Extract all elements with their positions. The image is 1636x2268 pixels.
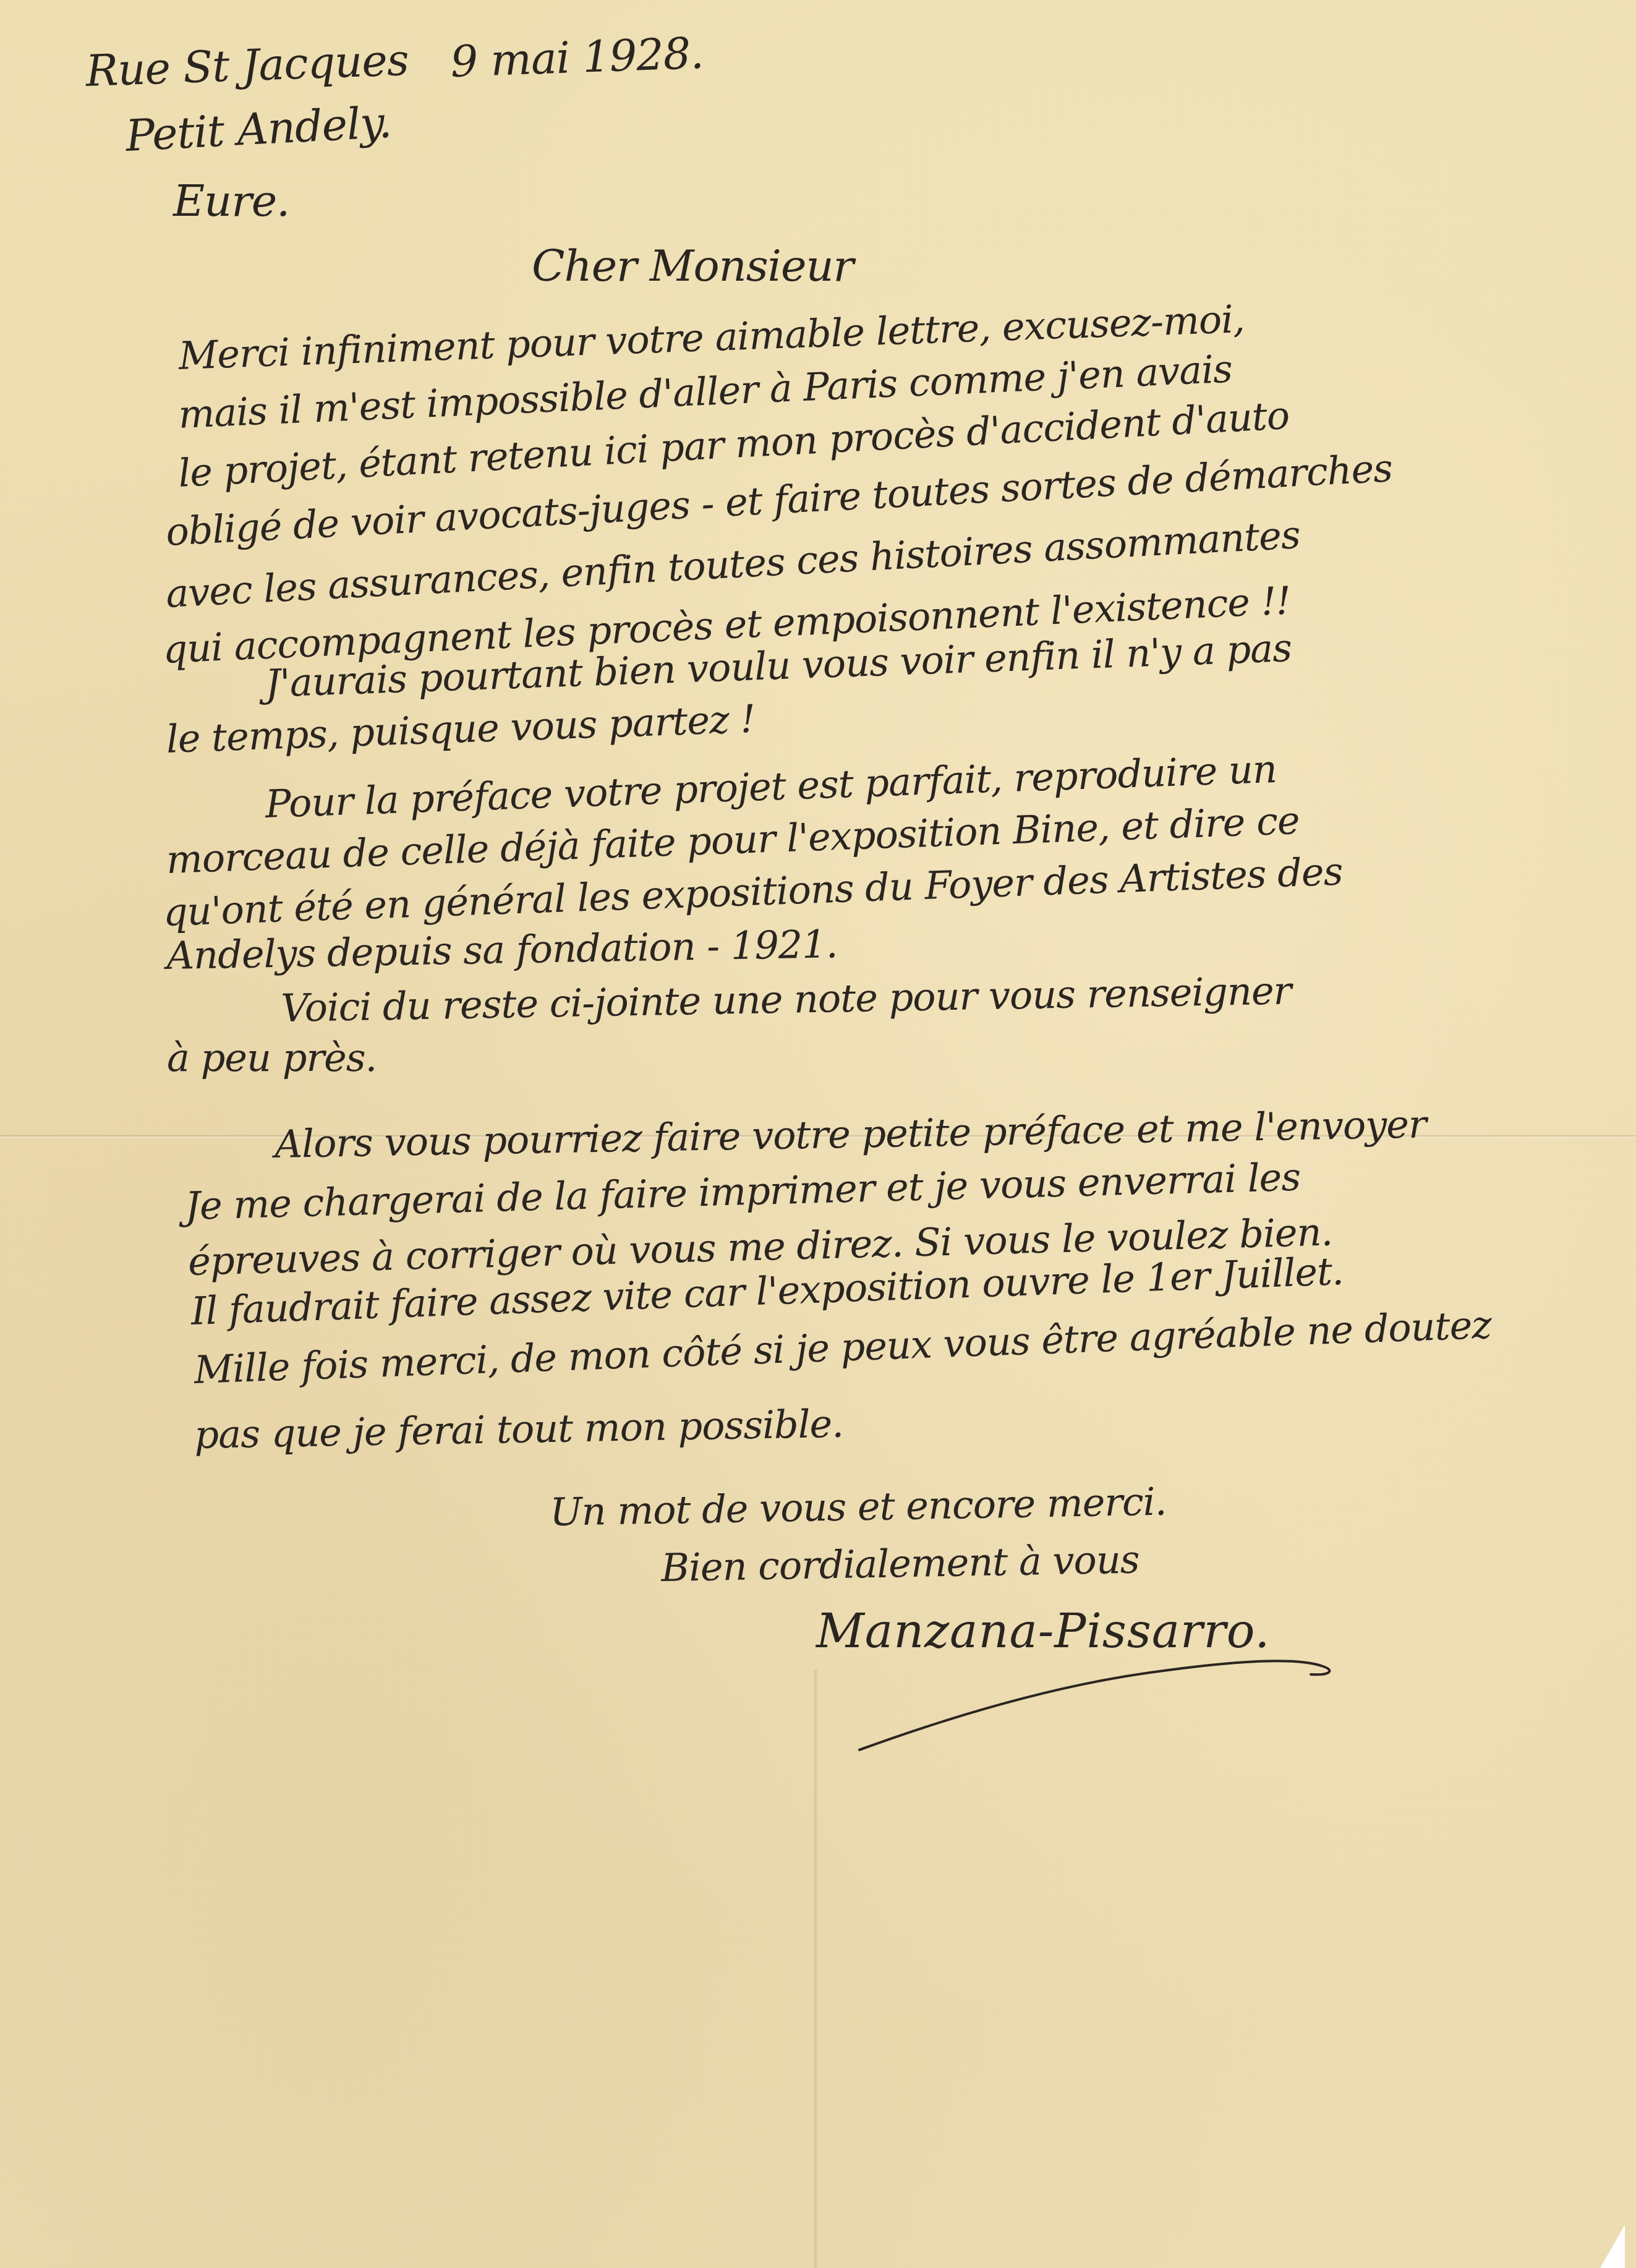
signature: Manzana-Pissarro. [816, 1608, 1270, 1655]
signature-flourish [853, 1651, 1348, 1756]
body-line: Andelys depuis sa fondation - 1921. [166, 925, 838, 975]
letter-date: 9 mai 1928. [450, 32, 704, 83]
body-line: pas que je ferai tout mon possible. [194, 1405, 843, 1454]
address-line-1: Rue St Jacques [85, 38, 409, 93]
vertical-fold-crease [813, 1669, 818, 2268]
closing-line: Un mot de vous et encore merci. [550, 1483, 1167, 1532]
address-line-3: Eure. [173, 179, 289, 223]
address-line-2: Petit Andely. [124, 101, 392, 158]
salutation: Cher Monsieur [532, 244, 853, 288]
body-line: à peu près. [167, 1039, 377, 1077]
closing-line: Bien cordialement à vous [661, 1541, 1140, 1587]
torn-corner [1600, 2225, 1625, 2268]
